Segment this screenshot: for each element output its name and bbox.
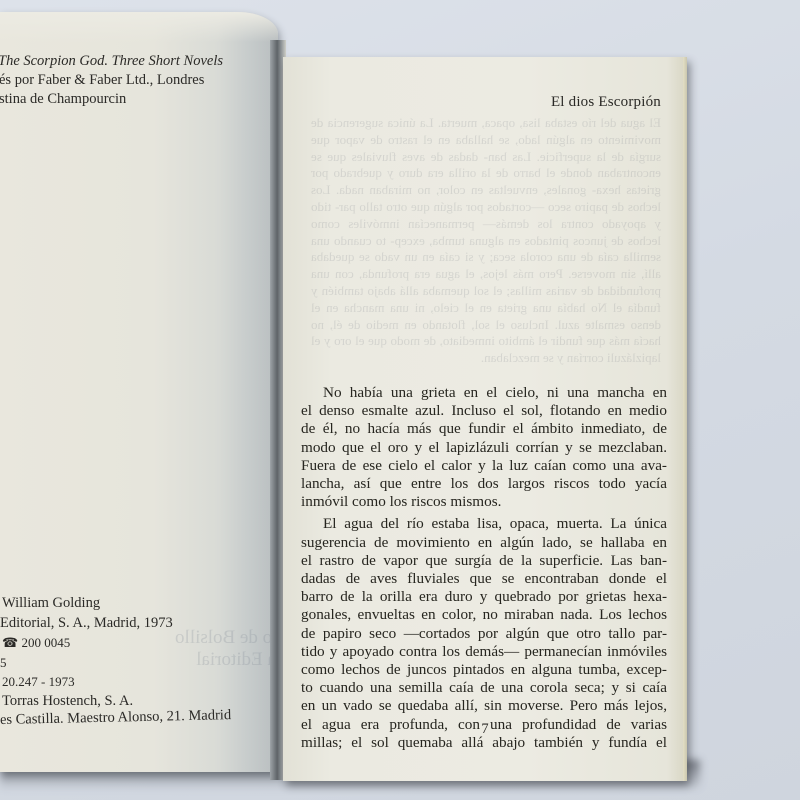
translator-line: stina de Champourcin [0, 90, 223, 109]
text-line: dadas de aves fluviales que se encontrab… [301, 570, 667, 588]
paragraph: No había una grieta en el cielo, ni una … [301, 384, 667, 511]
text-line: No había una grieta en el cielo, ni una … [301, 384, 667, 402]
paragraph: El agua del río estaba lisa, opaca, muer… [301, 515, 667, 752]
text-line: el rastro de vapor que surgía de la supe… [301, 552, 667, 570]
text-line: inmóvil como los riscos mismos. [301, 493, 667, 511]
original-title-line: The Scorpion God. Three Short Novels [0, 52, 223, 71]
text-line: tido y apoyado contra los demás— permane… [301, 643, 667, 661]
text-line: modo que el oro y el lapizlázuli corrían… [301, 439, 667, 457]
legal-deposit-line: 20.247 - 1973 [0, 672, 231, 692]
phone-line: ☎ 200 0045 [0, 633, 231, 653]
text-line: lancha, así que entre los dos largos ris… [301, 475, 667, 493]
page-curl [0, 12, 278, 42]
copyright-header-block: The Scorpion God. Three Short Novels és … [0, 52, 223, 109]
bleed-line: El agua del río estaba lisa, opaca, muer… [387, 115, 661, 130]
page-edge [683, 57, 687, 781]
bleed-line: de papiro seco —cortados por algún que o… [335, 199, 624, 214]
open-book: The Scorpion God. Three Short Novels és … [0, 0, 800, 800]
right-page-text: William Golding El agua del río estaba l… [283, 57, 687, 781]
isbn-fragment-line: 5 [0, 653, 231, 673]
text-line: El agua del río estaba lisa, opaca, muer… [301, 515, 667, 533]
text-line: gonales, envueltas en color, no miraban … [301, 606, 667, 624]
text-line: como lechos de juncos pintados en alguna… [301, 661, 667, 679]
publisher-edition-line: Editorial, S. A., Madrid, 1973 [0, 614, 231, 634]
page-number: 7 [283, 721, 687, 738]
bleed-line: No había una grieta en el cielo, ni una … [326, 300, 607, 315]
left-page-copyright: The Scorpion God. Three Short Novels és … [0, 12, 278, 772]
bleed-through-text: William Golding El agua del río estaba l… [311, 115, 661, 415]
chapter-body: No había una grieta en el cielo, ni una … [301, 384, 667, 752]
text-line: to cuando una semilla caía de una corola… [301, 679, 667, 697]
copyright-author-line: William Golding [0, 594, 231, 614]
publisher-line: és por Faber & Faber Ltd., Londres [0, 71, 223, 90]
printer-address-line: es Castilla. Maestro Alonso, 21. Madrid [0, 706, 231, 730]
text-line: Fuera de ese cielo el calor y la luz caí… [301, 457, 667, 475]
text-line: el denso esmalte azul. Incluso el sol, f… [301, 402, 667, 420]
text-line: barro de la orilla era duro y quebrado p… [301, 588, 667, 606]
text-line: de él, no hacía más que fundir el ámbito… [301, 420, 667, 438]
text-line: de papiro seco —cortados por algún que o… [301, 625, 667, 643]
copyright-imprint-block: William Golding Editorial, S. A., Madrid… [0, 594, 231, 731]
text-line: en un vado se quedaba allí, sin moverse.… [301, 697, 667, 715]
text-line: sugerencia de movimiento en algún lado, … [301, 534, 667, 552]
running-header: El dios Escorpión [551, 94, 661, 111]
